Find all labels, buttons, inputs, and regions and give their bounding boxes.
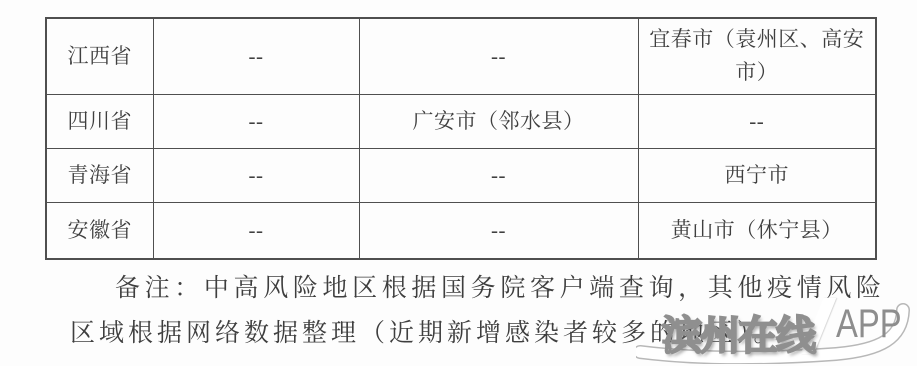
table-row: 安徽省 -- -- 黄山市（休宁县） [46, 202, 876, 259]
table-cell: -- [153, 94, 359, 148]
risk-area-table: 江西省 -- -- 宜春市（袁州区、高安市） 四川省 -- 广安市（邻水县） -… [45, 17, 877, 260]
table-row: 江西省 -- -- 宜春市（袁州区、高安市） [46, 18, 876, 94]
table-cell: -- [359, 18, 638, 94]
cell-province-qinghai: 青海省 [46, 148, 153, 202]
table-cell: -- [359, 148, 638, 202]
watermark-binzhou-online-app: 滨州在线 APP [636, 294, 916, 364]
article-page: 江西省 -- -- 宜春市（袁州区、高安市） 四川省 -- 广安市（邻水县） -… [0, 0, 917, 366]
table-cell: -- [638, 94, 876, 148]
table-cell: 广安市（邻水县） [359, 94, 638, 148]
table-cell: -- [153, 148, 359, 202]
table-cell: 宜春市（袁州区、高安市） [638, 18, 876, 94]
watermark-brand-text: 滨州在线 [662, 304, 814, 361]
watermark-app-text: APP [836, 302, 902, 347]
cell-province-anhui: 安徽省 [46, 202, 153, 259]
table-row: 四川省 -- 广安市（邻水县） -- [46, 94, 876, 148]
cell-province-sichuan: 四川省 [46, 94, 153, 148]
table-cell: -- [153, 202, 359, 259]
cell-province-jiangxi: 江西省 [46, 18, 153, 94]
table-cell: 西宁市 [638, 148, 876, 202]
table-cell: 黄山市（休宁县） [638, 202, 876, 259]
table-cell: -- [153, 18, 359, 94]
table-cell: -- [359, 202, 638, 259]
table-row: 青海省 -- -- 西宁市 [46, 148, 876, 202]
